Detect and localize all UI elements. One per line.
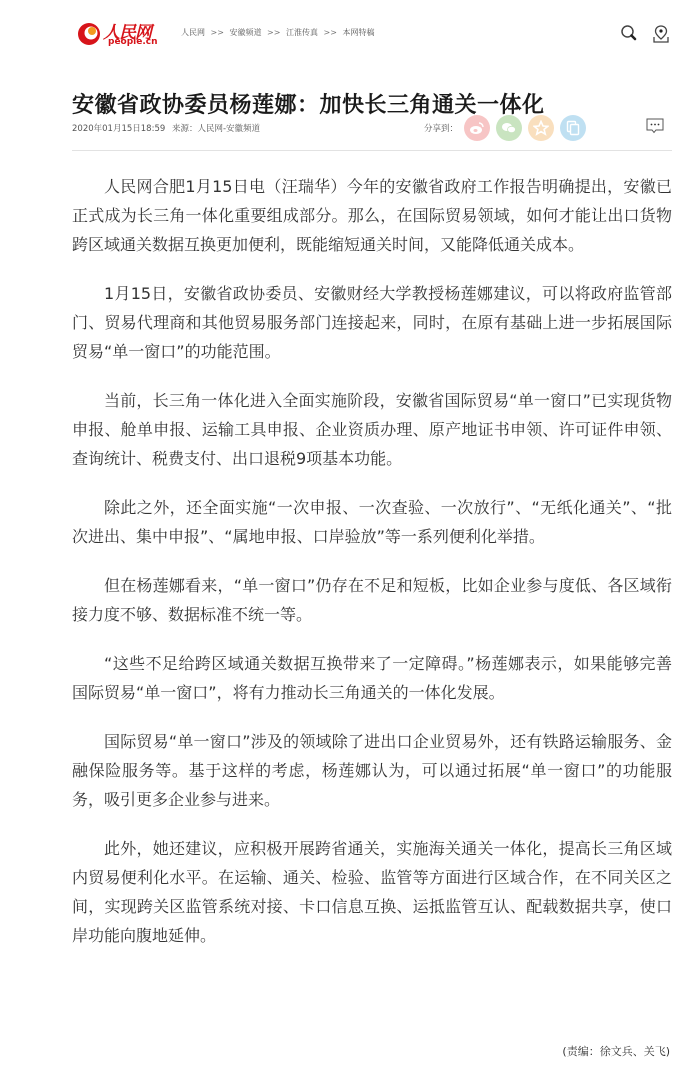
- breadcrumb-item-special-report[interactable]: 本网特稿: [343, 28, 375, 37]
- article-paragraph: 人民网合肥1月15日电（汪瑞华）今年的安徽省政府工作报告明确提出，安徽已正式成为…: [72, 172, 672, 259]
- people-cn-logo[interactable]: 人民网 people.cn: [77, 20, 157, 50]
- comment-icon[interactable]: [646, 118, 664, 134]
- top-icons: [620, 24, 670, 44]
- top-bar: 人民网 people.cn 人民网 >> 安徽频道 >> 江淮传真 >> 本网特…: [0, 0, 700, 60]
- article-paragraph: 当前，长三角一体化进入全面实施阶段，安徽省国际贸易“单一窗口”已实现货物申报、舱…: [72, 386, 672, 473]
- article-paragraph: 此外，她还建议，应积极开展跨省通关，实施海关通关一体化，提高长三角区域内贸易便利…: [72, 834, 672, 950]
- header-divider: [72, 150, 672, 151]
- share-weibo-button[interactable]: [464, 115, 490, 141]
- share-copy-button[interactable]: [560, 115, 586, 141]
- logo-text-en: people.cn: [108, 37, 158, 47]
- editor-credit: (责编：徐文兵、关飞): [562, 1043, 670, 1059]
- breadcrumb: 人民网 >> 安徽频道 >> 江淮传真 >> 本网特稿: [181, 27, 378, 38]
- share-bar: 分享到：: [424, 115, 592, 141]
- article-paragraph: “这些不足给跨区域通关数据互换带来了一定障碍。”杨莲娜表示，如果能够完善国际贸易…: [72, 649, 672, 707]
- star-icon: [533, 120, 549, 136]
- search-icon[interactable]: [620, 24, 638, 42]
- breadcrumb-item-jianghuai[interactable]: 江淮传真: [286, 28, 318, 37]
- article-paragraph: 1月15日，安徽省政协委员、安徽财经大学教授杨莲娜建议，可以将政府监管部门、贸易…: [72, 279, 672, 366]
- article-body: 人民网合肥1月15日电（汪瑞华）今年的安徽省政府工作报告明确提出，安徽已正式成为…: [72, 172, 672, 970]
- wechat-icon: [501, 121, 517, 135]
- article-paragraph: 但在杨莲娜看来，“单一窗口”仍存在不足和短板，比如企业参与度低、各区域衔接力度不…: [72, 571, 672, 629]
- breadcrumb-separator: >>: [267, 28, 280, 37]
- share-label: 分享到：: [424, 122, 458, 134]
- breadcrumb-item-home[interactable]: 人民网: [181, 28, 205, 37]
- article-source[interactable]: 来源：人民网-安徽频道: [172, 124, 260, 134]
- article-paragraph: 国际贸易“单一窗口”涉及的领域除了进出口企业贸易外，还有铁路运输服务、金融保险服…: [72, 727, 672, 814]
- breadcrumb-separator: >>: [324, 28, 337, 37]
- weibo-icon: [469, 121, 485, 135]
- publish-datetime: 2020年01月15日18:59: [72, 124, 165, 134]
- share-wechat-button[interactable]: [496, 115, 522, 141]
- copy-icon: [566, 120, 580, 136]
- breadcrumb-item-anhui-channel[interactable]: 安徽频道: [230, 28, 262, 37]
- article-paragraph: 除此之外，还全面实施“一次申报、一次查验、一次放行”、“无纸化通关”、“批次进出…: [72, 493, 672, 551]
- article-meta: 2020年01月15日18:59 来源：人民网-安徽频道: [72, 122, 264, 134]
- share-favorite-button[interactable]: [528, 115, 554, 141]
- breadcrumb-separator: >>: [211, 28, 224, 37]
- logo-mark-icon: [77, 22, 101, 46]
- location-icon[interactable]: [652, 24, 670, 44]
